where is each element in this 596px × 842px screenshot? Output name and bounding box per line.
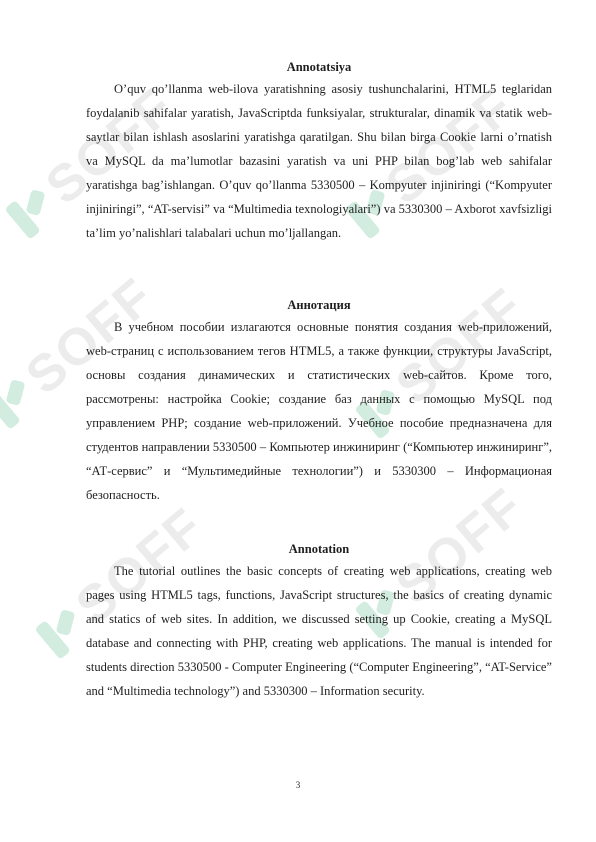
section-body: В учебном пособии излагаются основные по…	[86, 315, 552, 507]
annotation-uz: Annotatsiya O’quv qo’llanma web-ilova ya…	[86, 59, 552, 245]
document-page: SOFF SOFF SOFF SOFF SOFF SOFF Annotatsiy…	[0, 0, 596, 842]
logo-mark-icon	[0, 371, 44, 433]
logo-mark-icon	[32, 601, 94, 663]
annotation-en: Annotation The tutorial outlines the bas…	[86, 541, 552, 703]
section-body: The tutorial outlines the basic concepts…	[86, 559, 552, 703]
logo-mark-icon	[2, 181, 64, 243]
section-title: Annotatsiya	[86, 59, 552, 75]
annotation-ru: Аннотация В учебном пособии излагаются о…	[86, 297, 552, 507]
page-number: 3	[0, 780, 596, 790]
section-body: O’quv qo’llanma web-ilova yaratishning a…	[86, 77, 552, 245]
section-title: Аннотация	[86, 297, 552, 313]
section-title: Annotation	[86, 541, 552, 557]
